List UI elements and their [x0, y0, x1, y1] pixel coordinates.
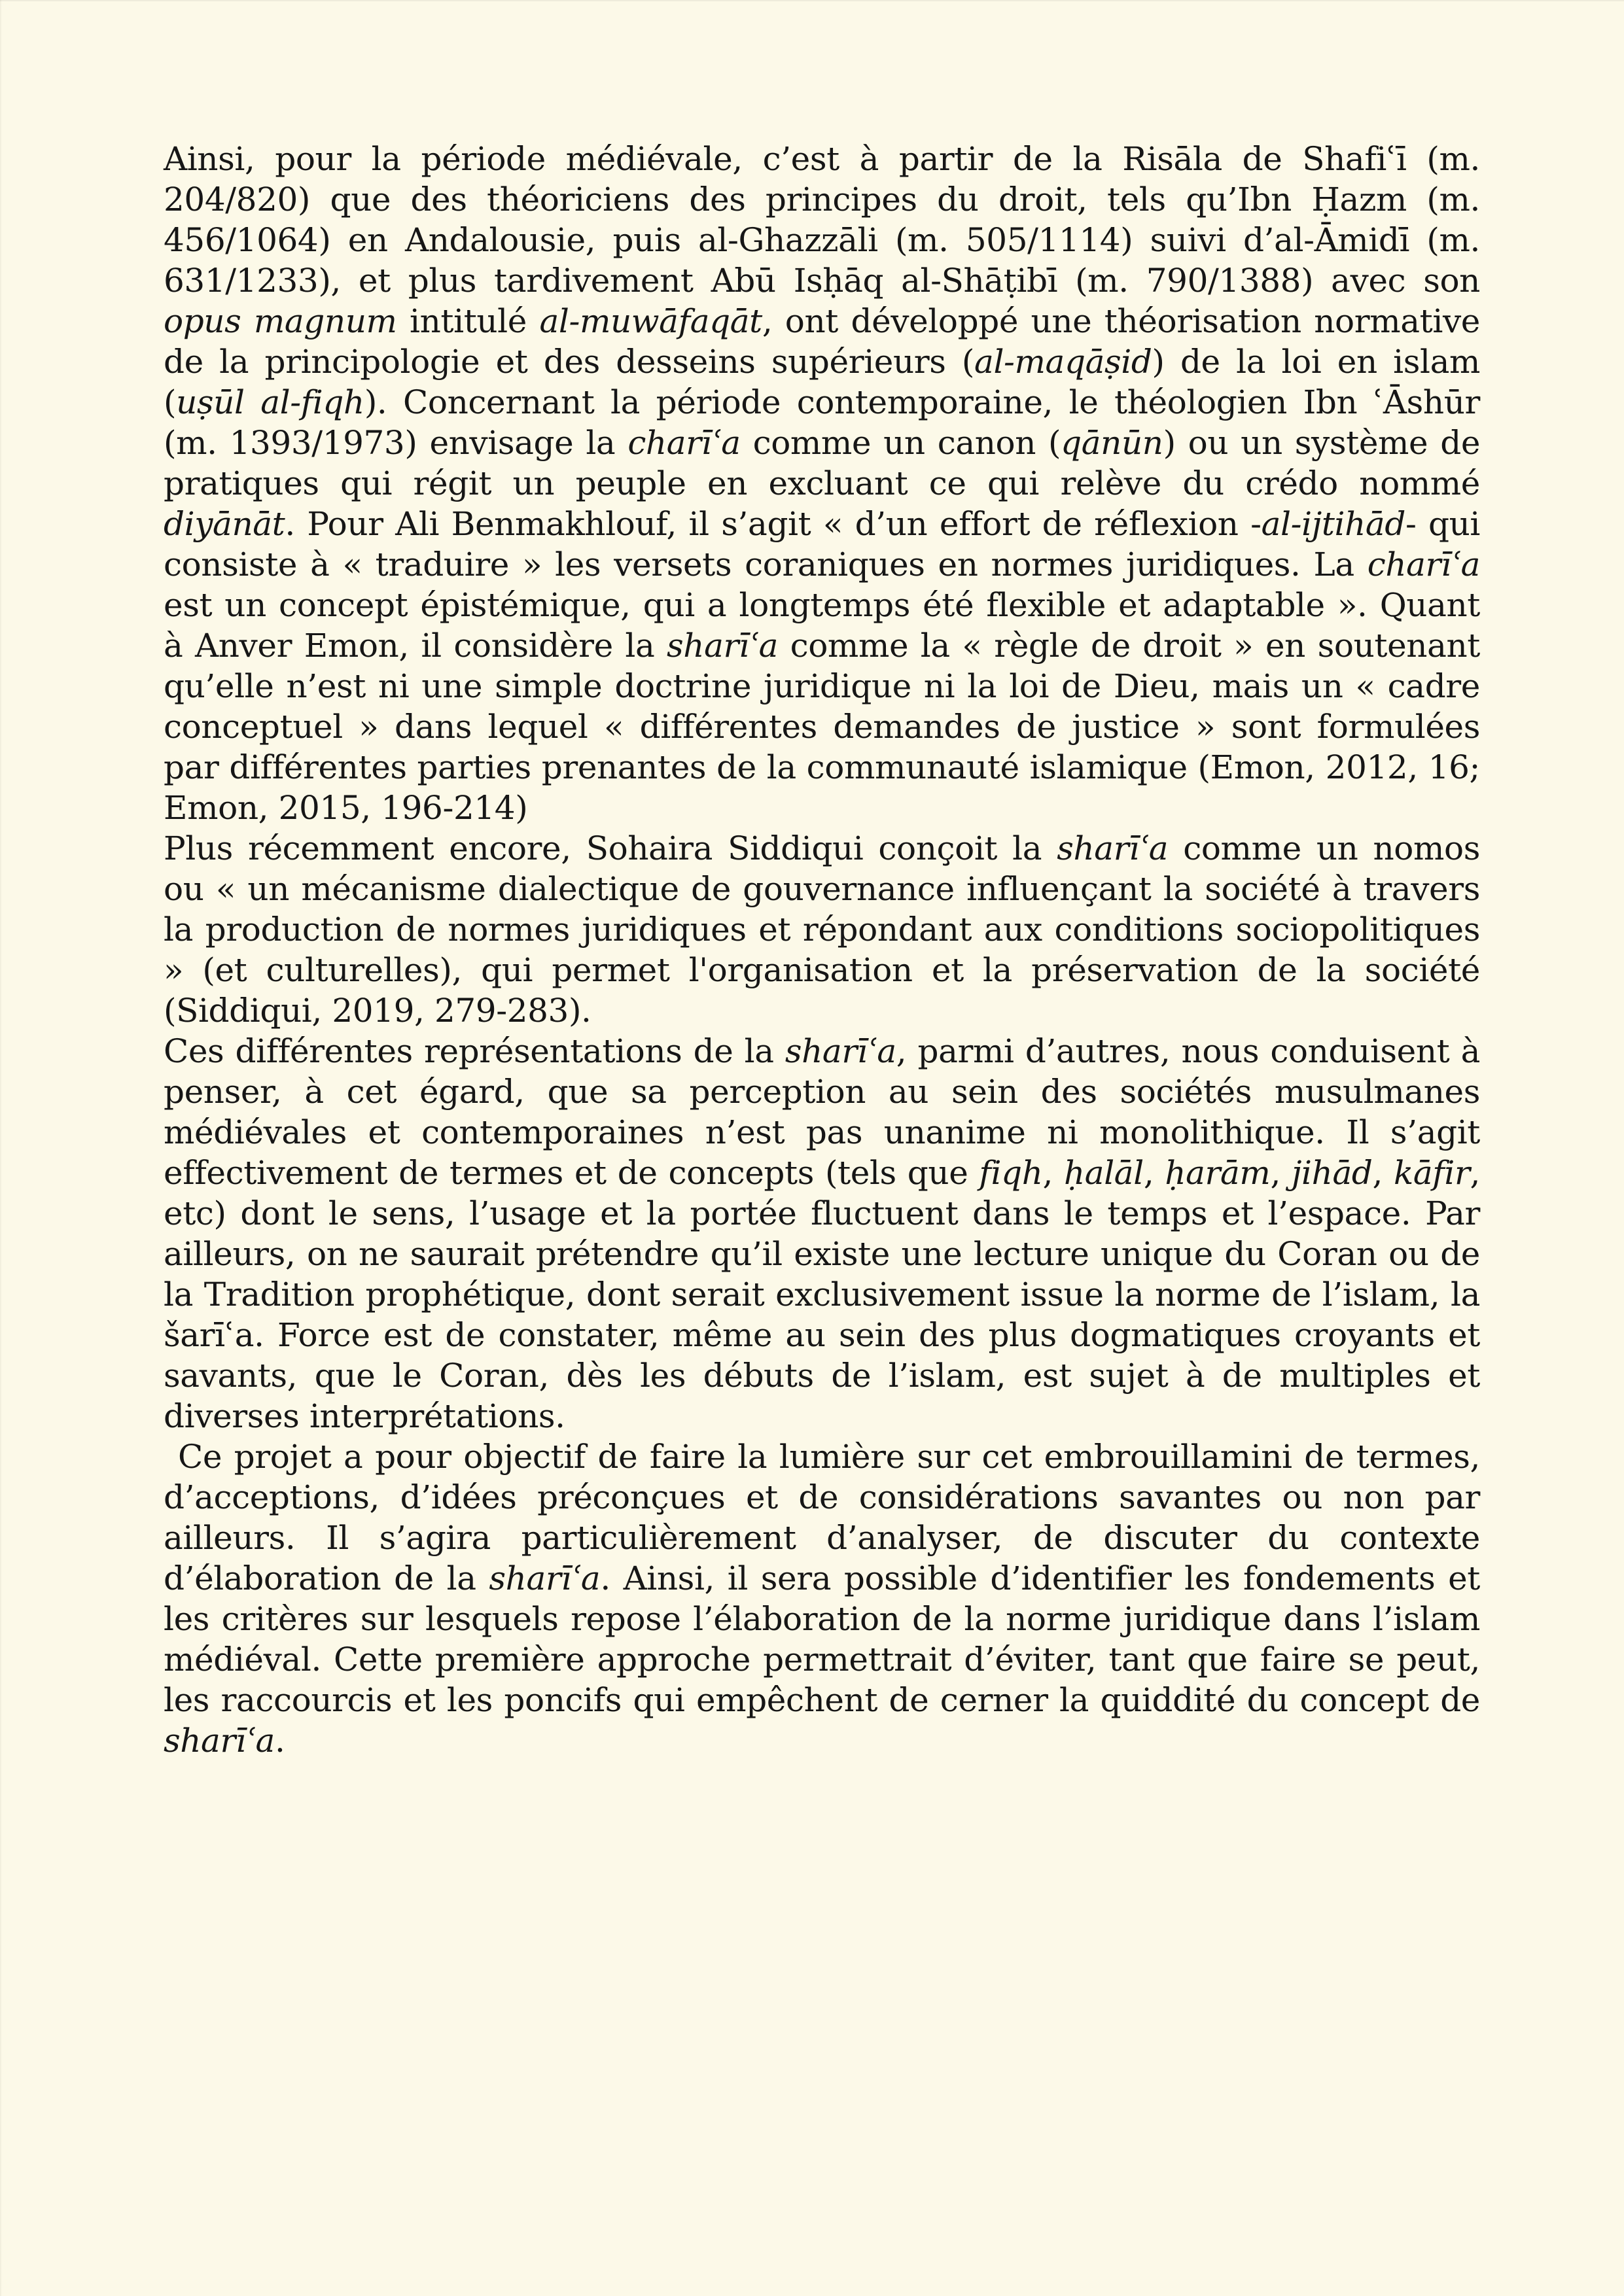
italic-term: uṣūl al-fiqh [176, 383, 364, 421]
italic-term: al-ijtihād [1262, 505, 1405, 543]
text-segment: . Pour Ali Benmakhlouf, il s’agit « d’un… [285, 505, 1261, 543]
italic-term: jihād [1292, 1154, 1373, 1192]
paragraph-2: Plus récemment encore, Sohaira Siddiqui … [164, 828, 1480, 1031]
text-segment: Plus récemment encore, Sohaira Siddiqui … [164, 829, 1057, 867]
italic-term: sharīʿa [785, 1032, 896, 1070]
italic-term: al-muwāfaqāt [539, 302, 762, 340]
italic-term: ḥalāl [1064, 1154, 1144, 1192]
italic-term: kāfir [1394, 1154, 1470, 1192]
italic-term: charīʿa [627, 424, 740, 462]
italic-term: al-maqāṣid [974, 343, 1152, 381]
document-page: Ainsi, pour la période médiévale, c’est … [0, 0, 1624, 2296]
text-segment: intitulé [397, 302, 540, 340]
document-text: Ainsi, pour la période médiévale, c’est … [164, 139, 1480, 1761]
text-segment: , etc) dont le sens, l’usage et la porté… [164, 1154, 1480, 1435]
italic-term: charīʿa [1368, 546, 1480, 583]
text-segment: , [1270, 1154, 1292, 1192]
text-segment: Ainsi, pour la période médiévale, c’est … [164, 140, 1480, 300]
text-segment: Ces différentes représentations de la [164, 1032, 785, 1070]
text-segment: comme un canon ( [741, 424, 1061, 462]
text-segment: , [1144, 1154, 1165, 1192]
paragraph-3: Ces différentes représentations de la sh… [164, 1031, 1480, 1436]
italic-term: ḥarām [1165, 1154, 1270, 1192]
italic-term: fiqh [979, 1154, 1042, 1192]
italic-term: diyānāt [164, 505, 285, 543]
italic-term: sharīʿa [489, 1559, 600, 1597]
italic-term: sharīʿa [667, 627, 778, 665]
italic-term: opus magnum [164, 302, 397, 340]
paragraph-1: Ainsi, pour la période médiévale, c’est … [164, 139, 1480, 828]
text-segment: , [1372, 1154, 1394, 1192]
paragraph-4: Ce projet a pour objectif de faire la lu… [164, 1436, 1480, 1761]
italic-term: sharīʿa [1057, 829, 1168, 867]
italic-term: qānūn [1061, 424, 1163, 462]
text-segment: , [1043, 1154, 1065, 1192]
italic-term: sharīʿa [164, 1722, 275, 1760]
text-segment: . [275, 1722, 285, 1760]
